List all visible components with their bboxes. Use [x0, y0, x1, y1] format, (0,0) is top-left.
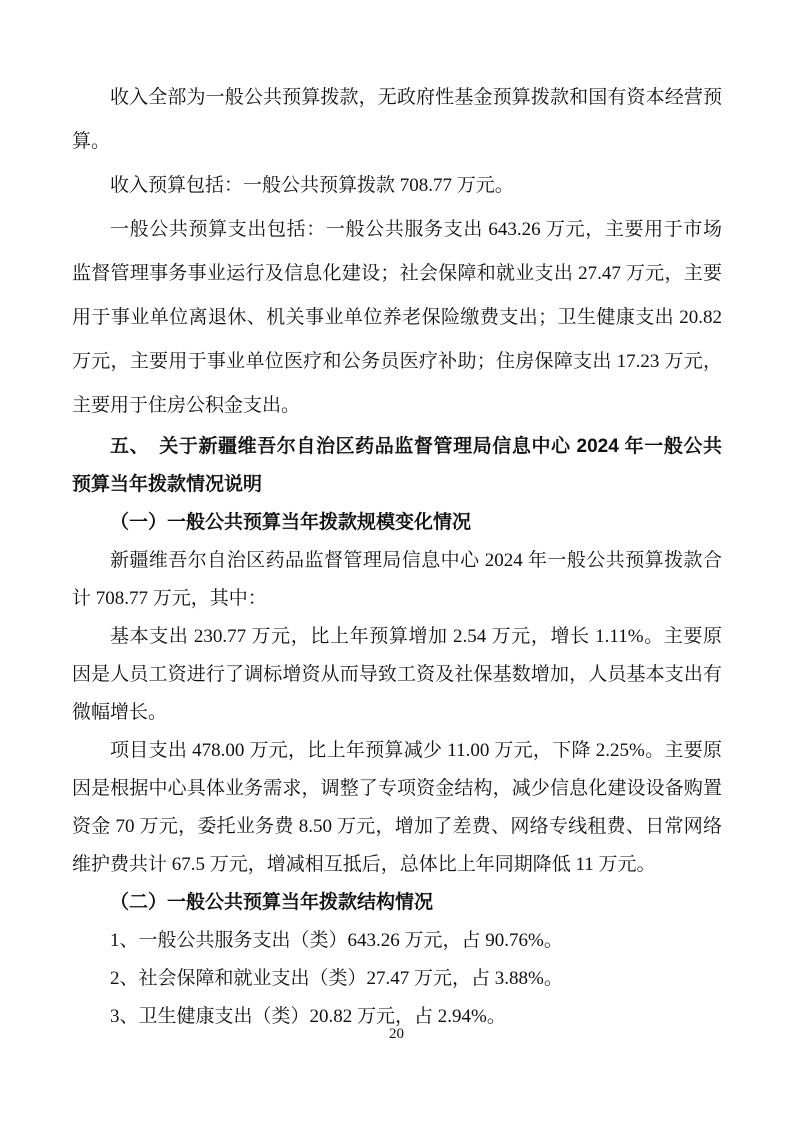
paragraph-expenditure-budget: 一般公共预算支出包括：一般公共服务支出 643.26 万元，主要用于市场监督管理…: [72, 208, 722, 428]
paragraph-basic-expenditure: 基本支出 230.77 万元，比上年预算增加 2.54 万元，增长 1.11%。…: [72, 618, 722, 732]
list-item-social-security: 2、社会保障和就业支出（类）27.47 万元，占 3.88%。: [72, 960, 722, 998]
paragraph-total-appropriation: 新疆维吾尔自治区药品监督管理局信息中心 2024 年一般公共预算拨款合计 708…: [72, 542, 722, 618]
paragraph-income-source: 收入全部为一般公共预算拨款，无政府性基金预算拨款和国有资本经营预算。: [72, 76, 722, 164]
subsection-heading-two: （二）一般公共预算当年拨款结构情况: [72, 884, 722, 922]
paragraph-project-expenditure: 项目支出 478.00 万元，比上年预算减少 11.00 万元，下降 2.25%…: [72, 732, 722, 884]
subsection-heading-one: （一）一般公共预算当年拨款规模变化情况: [72, 504, 722, 542]
page-number: 20: [0, 1024, 793, 1044]
list-item-general-public-service: 1、一般公共服务支出（类）643.26 万元，占 90.76%。: [72, 922, 722, 960]
document-page: 收入全部为一般公共预算拨款，无政府性基金预算拨款和国有资本经营预算。收入预算包括…: [0, 0, 793, 1122]
document-body: 收入全部为一般公共预算拨款，无政府性基金预算拨款和国有资本经营预算。收入预算包括…: [72, 76, 722, 1036]
section-heading-five: 五、 关于新疆维吾尔自治区药品监督管理局信息中心 2024 年一般公共预算当年拨…: [72, 428, 722, 504]
paragraph-income-budget: 收入预算包括：一般公共预算拨款 708.77 万元。: [72, 164, 722, 208]
